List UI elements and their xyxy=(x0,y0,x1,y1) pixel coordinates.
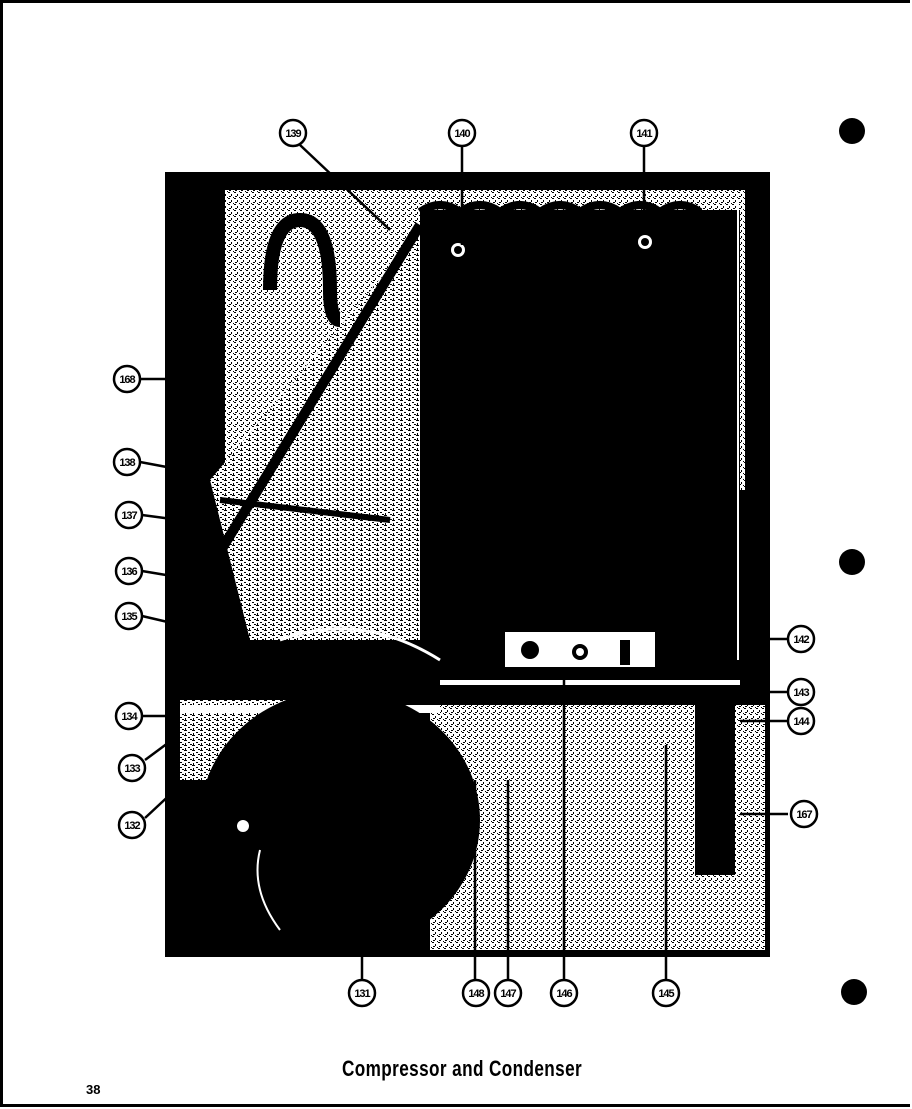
callout-167: 167 xyxy=(791,801,817,827)
svg-text:138: 138 xyxy=(119,457,135,469)
svg-text:146: 146 xyxy=(556,988,572,1000)
callout-132: 132 xyxy=(119,812,145,838)
binder-hole-bottom xyxy=(841,979,867,1005)
callout-143: 143 xyxy=(788,679,814,705)
svg-text:147: 147 xyxy=(500,988,516,1000)
svg-text:167: 167 xyxy=(796,809,812,821)
callout-136: 136 xyxy=(116,558,142,584)
callout-142: 142 xyxy=(788,626,814,652)
binder-hole-middle xyxy=(839,549,865,575)
callout-148: 148 xyxy=(463,980,489,1006)
svg-text:143: 143 xyxy=(793,687,809,699)
svg-text:148: 148 xyxy=(468,988,484,1000)
callout-134: 134 xyxy=(116,703,142,729)
svg-text:142: 142 xyxy=(793,634,809,646)
svg-text:145: 145 xyxy=(658,988,674,1000)
callout-141: 141 xyxy=(631,120,657,146)
callout-145: 145 xyxy=(653,980,679,1006)
photo-compressor-condenser xyxy=(165,172,770,957)
svg-text:139: 139 xyxy=(285,128,301,140)
callout-140: 140 xyxy=(449,120,475,146)
binder-hole-top xyxy=(839,118,865,144)
callout-147: 147 xyxy=(495,980,521,1006)
svg-text:133: 133 xyxy=(124,763,140,775)
callout-139: 139 xyxy=(280,120,306,146)
svg-text:141: 141 xyxy=(636,128,652,140)
svg-text:168: 168 xyxy=(119,374,135,386)
callout-144: 144 xyxy=(788,708,814,734)
svg-text:137: 137 xyxy=(121,510,137,522)
page-number: 38 xyxy=(86,1082,100,1097)
callout-138: 138 xyxy=(114,449,140,475)
svg-text:134: 134 xyxy=(121,711,138,723)
svg-text:132: 132 xyxy=(124,820,140,832)
diagram-canvas: 1391401411681381371361351341331321421431… xyxy=(0,0,912,1109)
callout-146: 146 xyxy=(551,980,577,1006)
callout-133: 133 xyxy=(119,755,145,781)
svg-text:144: 144 xyxy=(793,716,810,728)
callout-168: 168 xyxy=(114,366,140,392)
svg-text:136: 136 xyxy=(121,566,137,578)
figure-caption: Compressor and Condenser xyxy=(342,1056,582,1082)
svg-text:131: 131 xyxy=(354,988,370,1000)
callout-137: 137 xyxy=(116,502,142,528)
callout-131: 131 xyxy=(349,980,375,1006)
svg-text:135: 135 xyxy=(121,611,137,623)
callout-135: 135 xyxy=(116,603,142,629)
svg-text:140: 140 xyxy=(454,128,470,140)
